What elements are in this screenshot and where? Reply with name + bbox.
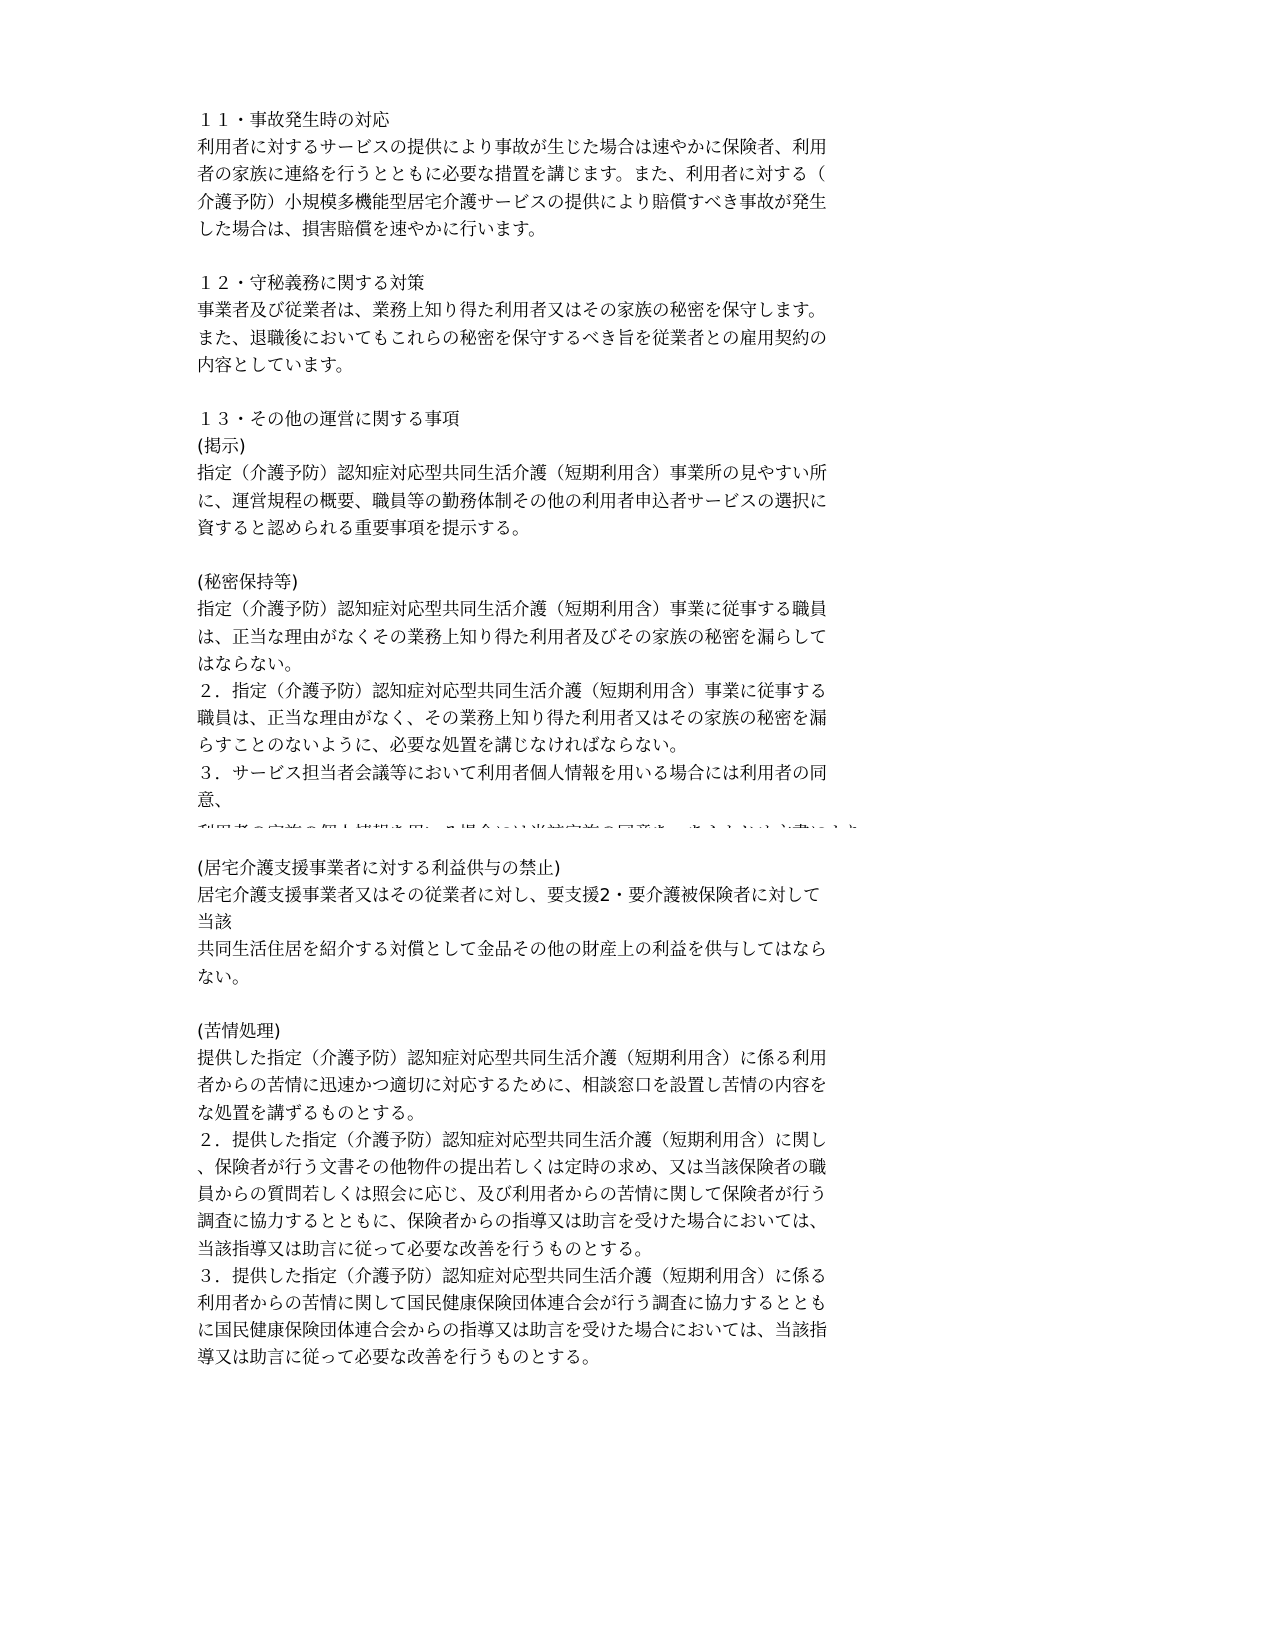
paragraph-line: 利用者からの苦情に関して国民健康保険団体連合会が行う調査に協力するととも bbox=[197, 1291, 919, 1318]
paragraph-line: 者の家族に連絡を行うとともに必要な措置を講じます。また、利用者に対する（ bbox=[197, 162, 919, 189]
paragraph-line: 居宅介護支援事業者又はその従業者に対し、要支援2・要介護被保険者に対して bbox=[197, 883, 919, 910]
paragraph-line: な処置を講ずるものとする。 bbox=[197, 1101, 919, 1128]
paragraph-line: 当該指導又は助言に従って必要な改善を行うものとする。 bbox=[197, 1237, 919, 1264]
subsection-himitsu: (秘密保持等) 指定（介護予防）認知症対応型共同生活介護（短期利用含）事業に従事… bbox=[197, 570, 919, 828]
paragraph-line: ３．提供した指定（介護予防）認知症対応型共同生活介護（短期利用含）に係る bbox=[197, 1264, 919, 1291]
paragraph-line: ３．サービス担当者会議等において利用者個人情報を用いる場合には利用者の同 bbox=[197, 761, 919, 788]
paragraph-line: 提供した指定（介護予防）認知症対応型共同生活介護（短期利用含）に係る利用 bbox=[197, 1046, 919, 1073]
paragraph-line: 介護予防）小規模多機能型居宅介護サービスの提供により賠償すべき事故が発生 bbox=[197, 190, 919, 217]
section-heading: １３・その他の運営に関する事項 bbox=[197, 407, 919, 434]
subsection-keiji: (掲示) 指定（介護予防）認知症対応型共同生活介護（短期利用含）事業所の見やすい… bbox=[197, 434, 919, 543]
paragraph-line: ２．提供した指定（介護予防）認知症対応型共同生活介護（短期利用含）に関し bbox=[197, 1128, 919, 1155]
paragraph-line: 事業者及び従業者は、業務上知り得た利用者又はその家族の秘密を保守します。 bbox=[197, 298, 919, 325]
subsection-rieki: (居宅介護支援事業者に対する利益供与の禁止) 居宅介護支援事業者又はその従業者に… bbox=[197, 856, 919, 992]
paragraph-line: 職員は、正当な理由がなく、その業務上知り得た利用者又はその家族の秘密を漏 bbox=[197, 706, 919, 733]
paragraph-line: 、保険者が行う文書その他物件の提出若しくは定時の求め、又は当該保険者の職 bbox=[197, 1155, 919, 1182]
paragraph-line: 共同生活住居を紹介する対償として金品その他の財産上の利益を供与してはなら bbox=[197, 937, 919, 964]
paragraph-line: 指定（介護予防）認知症対応型共同生活介護（短期利用含）事業所の見やすい所 bbox=[197, 461, 919, 488]
clipped-line-text: 利用者の家族の個人情報を用いる場合には当該家族の同意を、あらかじめ文書により bbox=[197, 823, 919, 828]
paragraph-line: は、正当な理由がなくその業務上知り得た利用者及びその家族の秘密を漏らして bbox=[197, 625, 919, 652]
paragraph-line: 指定（介護予防）認知症対応型共同生活介護（短期利用含）事業に従事する職員 bbox=[197, 597, 919, 624]
blank-line bbox=[197, 380, 919, 407]
paragraph-line: 者からの苦情に迅速かつ適切に対応するために、相談窓口を設置し苦情の内容を bbox=[197, 1073, 919, 1100]
paragraph-line: 員からの質問若しくは照会に応じ、及び利用者からの苦情に関して保険者が行う bbox=[197, 1182, 919, 1209]
section-12: １２・守秘義務に関する対策 事業者及び従業者は、業務上知り得た利用者又はその家族… bbox=[197, 271, 919, 380]
paragraph-line: した場合は、損害賠償を速やかに行います。 bbox=[197, 217, 919, 244]
paragraph-line: らすことのないように、必要な処置を講じなければならない。 bbox=[197, 733, 919, 760]
paragraph-line: に国民健康保険団体連合会からの指導又は助言を受けた場合においては、当該指 bbox=[197, 1318, 919, 1345]
section-13: １３・その他の運営に関する事項 (掲示) 指定（介護予防）認知症対応型共同生活介… bbox=[197, 407, 919, 1372]
paragraph-line: に、運営規程の概要、職員等の勤務体制その他の利用者申込者サービスの選択に bbox=[197, 489, 919, 516]
paragraph-line: 内容としています。 bbox=[197, 353, 919, 380]
subsection-kujo: (苦情処理) 提供した指定（介護予防）認知症対応型共同生活介護（短期利用含）に係… bbox=[197, 1019, 919, 1372]
paragraph-line: 調査に協力するとともに、保険者からの指導又は助言を受けた場合においては、 bbox=[197, 1209, 919, 1236]
paragraph-line: 資すると認められる重要事項を提示する。 bbox=[197, 516, 919, 543]
subsection-title: (苦情処理) bbox=[197, 1019, 919, 1046]
clipped-line: 利用者の家族の個人情報を用いる場合には当該家族の同意を、あらかじめ文書により bbox=[197, 823, 919, 828]
paragraph-line: 導又は助言に従って必要な改善を行うものとする。 bbox=[197, 1345, 919, 1372]
subsection-title: (掲示) bbox=[197, 434, 919, 461]
paragraph-line: 意、 bbox=[197, 788, 919, 815]
paragraph-line: 利用者に対するサービスの提供により事故が生じた場合は速やかに保険者、利用 bbox=[197, 135, 919, 162]
subsection-title: (秘密保持等) bbox=[197, 570, 919, 597]
paragraph-line: ない。 bbox=[197, 965, 919, 992]
paragraph-line: また、退職後においてもこれらの秘密を保守するべき旨を従業者との雇用契約の bbox=[197, 326, 919, 353]
section-11: １１・事故発生時の対応 利用者に対するサービスの提供により事故が生じた場合は速や… bbox=[197, 108, 919, 244]
blank-line bbox=[197, 992, 919, 1019]
section-heading: １１・事故発生時の対応 bbox=[197, 108, 919, 135]
paragraph-line: 当該 bbox=[197, 910, 919, 937]
subsection-title: (居宅介護支援事業者に対する利益供与の禁止) bbox=[197, 856, 919, 883]
blank-line bbox=[197, 543, 919, 570]
paragraph-line: はならない。 bbox=[197, 652, 919, 679]
blank-line bbox=[197, 828, 919, 856]
section-heading: １２・守秘義務に関する対策 bbox=[197, 271, 919, 298]
document-page: １１・事故発生時の対応 利用者に対するサービスの提供により事故が生じた場合は速や… bbox=[197, 108, 919, 1372]
blank-line bbox=[197, 244, 919, 271]
paragraph-line: ２．指定（介護予防）認知症対応型共同生活介護（短期利用含）事業に従事する bbox=[197, 679, 919, 706]
